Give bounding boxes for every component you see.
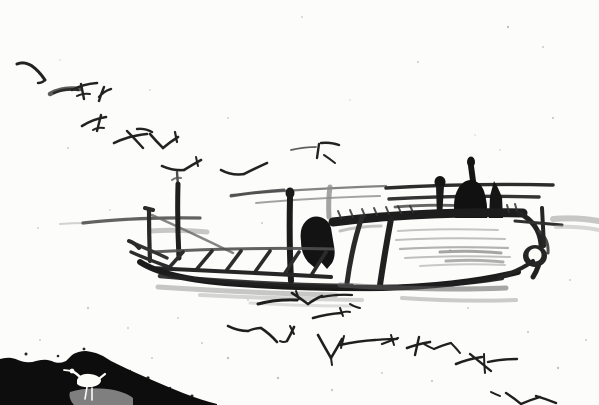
ink-canvas — [0, 0, 599, 405]
ink-painting — [0, 0, 599, 405]
upper-bird-flock — [17, 63, 339, 175]
boat — [60, 157, 599, 307]
shore-rock — [0, 348, 217, 405]
lower-bird-flock — [228, 291, 556, 404]
paper-speckles — [37, 16, 587, 391]
